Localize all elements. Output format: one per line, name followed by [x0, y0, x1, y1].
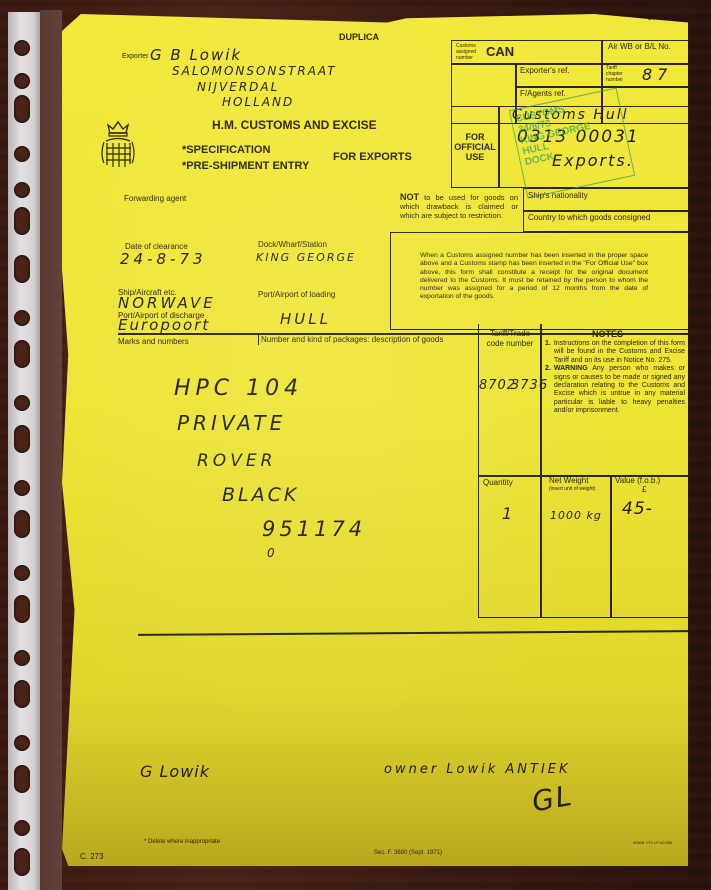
port-of-discharge-value: Europoort: [118, 316, 210, 334]
goods-line-colour: BLACK: [222, 484, 299, 506]
port-of-loading-value: HULL: [280, 310, 331, 328]
exporter-name: G B Lowik: [150, 46, 242, 64]
punch-hole: [14, 255, 30, 283]
punch-hole: [14, 182, 30, 198]
agents-ref-label: F/Agents ref.: [520, 89, 566, 98]
receipt-notice-text: When a Customs assigned number has been …: [420, 252, 648, 302]
tariff-code-label: Tariff/Trade code number: [481, 329, 539, 349]
dock-wharf-label: Dock/Wharf/Station: [258, 240, 327, 249]
copy-label: DUPLICA: [339, 32, 379, 42]
marks-numbers-label: Marks and numbers: [118, 337, 189, 346]
punch-hole: [14, 146, 30, 162]
exporter-country: HOLLAND: [222, 95, 294, 109]
net-weight-sublabel: (insert unit of weight): [549, 486, 595, 492]
exporter-city: NIJVERDAL: [197, 80, 279, 94]
packages-description-label: Number and kind of packages: description…: [261, 335, 443, 344]
customs-form-sheet: C. 273 DUPLICA Exporter G B Lowik SALOMO…: [62, 14, 688, 866]
note-item: 2.WARNING Any person who makes or signs …: [545, 365, 685, 415]
punch-hole: [14, 848, 30, 876]
tariff-code-part2: 3736: [511, 378, 548, 393]
goods-line-use: PRIVATE: [177, 411, 286, 435]
exporter-label: Exporter: [122, 53, 148, 61]
punch-hole: [14, 95, 30, 123]
punch-hole: [14, 820, 30, 836]
punch-hole: [14, 73, 30, 89]
exporter-street: SALOMONSONSTRAAT: [172, 64, 337, 78]
footnote: * Delete where inappropriate: [144, 839, 220, 845]
form-purpose: FOR EXPORTS: [333, 151, 412, 163]
punch-hole: [14, 565, 30, 581]
value-fob-label: Value (f.o.b.): [615, 476, 660, 485]
port-of-loading-label: Port/Airport of loading: [258, 290, 335, 299]
type-pre-shipment: *PRE-SHIPMENT ENTRY: [182, 160, 309, 172]
punch-hole: [14, 40, 30, 56]
goods-line-registration: HPC 104: [174, 376, 303, 401]
goods-line-chassis-number: 951174: [262, 517, 366, 541]
punch-hole: [14, 510, 30, 538]
note-item: 1.Instructions on the completion of this…: [545, 340, 685, 365]
form-reference: Sec. F. 3680 (Sept. 1971): [374, 850, 442, 856]
tariff-chapter-label: Tariff chapter number: [606, 65, 632, 83]
punch-hole: [14, 310, 30, 326]
ship-aircraft-value: NORWAVE: [118, 294, 216, 312]
not-used-notice: NOT to be used for goods on which drawba…: [400, 193, 518, 220]
net-weight-value: 1000 kg: [550, 509, 602, 522]
date-of-clearance-value: 24-8-73: [120, 250, 207, 268]
punch-hole: [14, 680, 30, 708]
goods-line-extra: 0: [267, 546, 277, 560]
official-use-label: FOR OFFICIAL USE: [454, 132, 496, 162]
royal-crest-icon: [98, 119, 138, 175]
declarant-capacity: owner Lowik ANTIEK: [384, 762, 571, 777]
punch-hole: [14, 595, 30, 623]
punch-hole: [14, 650, 30, 666]
exporter-signature: G Lowik: [140, 762, 210, 781]
air-wb-label: Air WB or B/L No.: [608, 42, 671, 51]
plastic-sleeve-edge: [40, 10, 62, 890]
punch-hole: [14, 207, 30, 235]
punch-hole: [14, 340, 30, 368]
forwarding-agent-label: Forwarding agent: [124, 194, 186, 203]
country-consigned-label: Country to which goods consigned: [528, 213, 650, 222]
can-label: Customs assigned number: [456, 43, 490, 61]
net-weight-label: Net Weight: [549, 476, 588, 485]
print-reference: 32608 7/71 LP 60,536: [633, 840, 672, 845]
goods-line-make: ROVER: [197, 451, 276, 471]
form-code-bottom: C. 273: [80, 852, 104, 861]
dock-wharf-value: KING GEORGE: [256, 251, 356, 264]
ships-nationality-label: Ship's nationality: [528, 191, 588, 200]
declarant-signature: GL: [529, 779, 575, 819]
tariff-chapter-value: 87: [642, 65, 672, 84]
type-specification: *SPECIFICATION: [182, 144, 270, 156]
authority-title: H.M. CUSTOMS AND EXCISE: [212, 118, 377, 132]
punch-hole: [14, 480, 30, 496]
punch-hole: [14, 395, 30, 411]
quantity-label: Quantity: [483, 478, 513, 487]
notes-title: NOTES: [592, 329, 623, 339]
value-currency: £: [642, 485, 646, 494]
goods-table-bottom-rule: [138, 630, 689, 635]
quantity-value: 1: [502, 504, 514, 523]
punch-hole: [14, 425, 30, 453]
can-value: CAN: [486, 44, 514, 59]
exporters-ref-label: Exporter's ref.: [520, 66, 570, 75]
notes-list: 1.Instructions on the completion of this…: [545, 340, 685, 416]
value-fob-value: 45-: [622, 499, 653, 519]
punch-hole: [14, 735, 30, 751]
punch-hole: [14, 765, 30, 793]
